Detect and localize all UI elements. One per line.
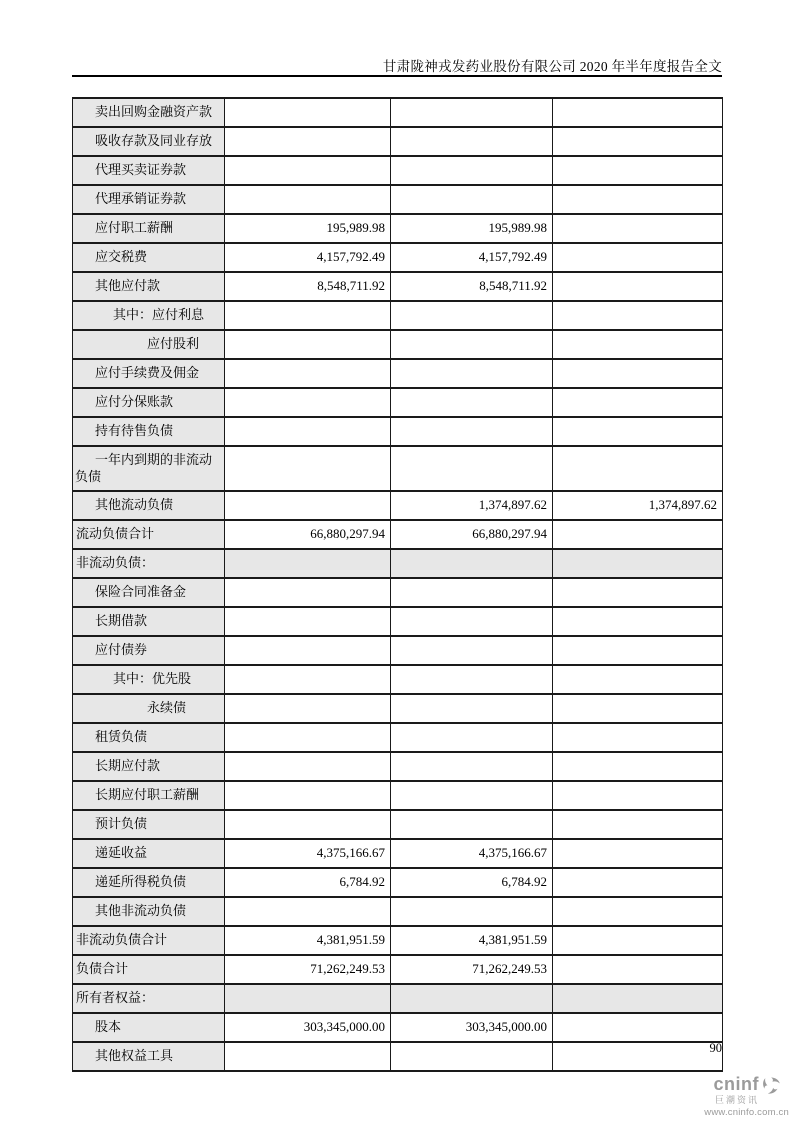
row-value-cell: [553, 781, 723, 810]
row-value-cell: [553, 723, 723, 752]
row-value-cell: 6,784.92: [391, 868, 553, 897]
row-value-cell: [225, 723, 391, 752]
row-value-cell: [391, 781, 553, 810]
row-value-cell: [391, 810, 553, 839]
row-label-cell: 其中：应付利息: [73, 301, 225, 330]
row-value-cell: [391, 417, 553, 446]
row-value-cell: [391, 549, 553, 578]
row-value-cell: [225, 330, 391, 359]
row-value-cell: 4,381,951.59: [225, 926, 391, 955]
table-row: 长期借款: [73, 607, 723, 636]
page-number: 90: [72, 1041, 722, 1056]
cninfo-logo: cninf 巨潮资讯 www.cninfo.com.cn: [681, 1074, 791, 1118]
report-header-title: 甘肃陇神戎发药业股份有限公司 2020 年半年度报告全文: [72, 55, 722, 75]
row-label-cell: 持有待售负债: [73, 417, 225, 446]
row-value-cell: [553, 330, 723, 359]
row-value-cell: [391, 984, 553, 1013]
row-label-cell: 长期借款: [73, 607, 225, 636]
row-label-cell: 长期应付款: [73, 752, 225, 781]
table-row: 非流动负债合计4,381,951.594,381,951.59: [73, 926, 723, 955]
row-value-cell: [391, 156, 553, 185]
row-label-cell: 应付分保账款: [73, 388, 225, 417]
row-value-cell: [225, 636, 391, 665]
row-value-cell: [225, 607, 391, 636]
row-value-cell: [225, 694, 391, 723]
row-value-cell: 71,262,249.53: [391, 955, 553, 984]
row-value-cell: [553, 243, 723, 272]
row-value-cell: [391, 752, 553, 781]
row-label-cell: 应付债券: [73, 636, 225, 665]
row-label-cell: 卖出回购金融资产款: [73, 98, 225, 127]
row-value-cell: [225, 781, 391, 810]
row-value-cell: [391, 665, 553, 694]
table-row: 持有待售负债: [73, 417, 723, 446]
table-row: 代理买卖证券款: [73, 156, 723, 185]
table-row: 其他非流动负债: [73, 897, 723, 926]
row-value-cell: [391, 636, 553, 665]
table-row: 应付债券: [73, 636, 723, 665]
row-value-cell: [553, 1013, 723, 1042]
row-value-cell: [553, 694, 723, 723]
row-value-cell: 195,989.98: [391, 214, 553, 243]
row-label-cell: 预计负债: [73, 810, 225, 839]
row-value-cell: [553, 127, 723, 156]
table-row: 一年内到期的非流动负债: [73, 446, 723, 491]
table-row: 应付分保账款: [73, 388, 723, 417]
row-value-cell: [553, 388, 723, 417]
row-value-cell: [225, 984, 391, 1013]
row-value-cell: [391, 694, 553, 723]
table-row: 应付职工薪酬195,989.98195,989.98: [73, 214, 723, 243]
row-value-cell: [553, 839, 723, 868]
cninfo-swirl-icon: [761, 1075, 781, 1095]
row-value-cell: [391, 446, 553, 491]
row-value-cell: [553, 984, 723, 1013]
row-value-cell: [553, 98, 723, 127]
row-value-cell: [553, 272, 723, 301]
row-value-cell: [225, 665, 391, 694]
row-value-cell: [391, 185, 553, 214]
row-value-cell: [553, 810, 723, 839]
cninfo-cn-name: 巨潮资讯: [715, 1093, 759, 1106]
row-value-cell: [553, 214, 723, 243]
row-value-cell: [391, 98, 553, 127]
row-value-cell: [553, 636, 723, 665]
table-row: 预计负债: [73, 810, 723, 839]
table-row: 应交税费4,157,792.494,157,792.49: [73, 243, 723, 272]
row-label-cell: 一年内到期的非流动负债: [73, 446, 225, 491]
row-label-cell: 股本: [73, 1013, 225, 1042]
row-value-cell: [553, 607, 723, 636]
header-divider: [72, 75, 722, 77]
balance-sheet-body: 卖出回购金融资产款吸收存款及同业存放代理买卖证券款代理承销证券款应付职工薪酬19…: [73, 98, 723, 1071]
table-row: 流动负债合计66,880,297.9466,880,297.94: [73, 520, 723, 549]
row-value-cell: [225, 491, 391, 520]
row-label-cell: 流动负债合计: [73, 520, 225, 549]
row-value-cell: [553, 752, 723, 781]
row-value-cell: [391, 301, 553, 330]
row-value-cell: 1,374,897.62: [391, 491, 553, 520]
logo-row: cninf: [714, 1074, 782, 1095]
row-value-cell: 303,345,000.00: [391, 1013, 553, 1042]
table-row: 租赁负债: [73, 723, 723, 752]
table-row: 非流动负债：: [73, 549, 723, 578]
row-value-cell: [391, 330, 553, 359]
row-label-cell: 代理承销证券款: [73, 185, 225, 214]
row-value-cell: 8,548,711.92: [225, 272, 391, 301]
row-value-cell: [553, 359, 723, 388]
row-label-cell: 非流动负债合计: [73, 926, 225, 955]
row-value-cell: [391, 723, 553, 752]
row-value-cell: [553, 301, 723, 330]
row-value-cell: [225, 156, 391, 185]
row-label-cell: 长期应付职工薪酬: [73, 781, 225, 810]
row-value-cell: [391, 607, 553, 636]
table-row: 负债合计71,262,249.5371,262,249.53: [73, 955, 723, 984]
row-value-cell: [225, 752, 391, 781]
table-row: 递延所得税负债6,784.926,784.92: [73, 868, 723, 897]
row-label-cell: 应付手续费及佣金: [73, 359, 225, 388]
row-value-cell: [391, 388, 553, 417]
row-value-cell: [225, 98, 391, 127]
row-label-cell: 所有者权益：: [73, 984, 225, 1013]
table-row: 其中：应付利息: [73, 301, 723, 330]
row-label-cell: 应付股利: [73, 330, 225, 359]
row-value-cell: 71,262,249.53: [225, 955, 391, 984]
row-value-cell: [225, 185, 391, 214]
row-value-cell: [553, 417, 723, 446]
row-value-cell: [225, 417, 391, 446]
row-value-cell: [391, 359, 553, 388]
row-value-cell: [225, 359, 391, 388]
row-value-cell: [553, 926, 723, 955]
row-value-cell: [225, 549, 391, 578]
table-row: 保险合同准备金: [73, 578, 723, 607]
table-row: 应付手续费及佣金: [73, 359, 723, 388]
cninfo-url: www.cninfo.com.cn: [704, 1107, 789, 1118]
row-value-cell: 1,374,897.62: [553, 491, 723, 520]
report-page: { "header": { "title": "甘肃陇神戎发药业股份有限公司 2…: [0, 0, 793, 1122]
row-value-cell: 4,375,166.67: [391, 839, 553, 868]
table-row: 长期应付职工薪酬: [73, 781, 723, 810]
table-row: 卖出回购金融资产款: [73, 98, 723, 127]
table-row: 其中：优先股: [73, 665, 723, 694]
row-label-cell: 递延所得税负债: [73, 868, 225, 897]
row-value-cell: 303,345,000.00: [225, 1013, 391, 1042]
row-value-cell: [225, 810, 391, 839]
row-value-cell: [225, 301, 391, 330]
table-row: 股本303,345,000.00303,345,000.00: [73, 1013, 723, 1042]
row-value-cell: 4,381,951.59: [391, 926, 553, 955]
row-value-cell: [553, 578, 723, 607]
row-value-cell: [225, 446, 391, 491]
row-value-cell: [553, 955, 723, 984]
row-value-cell: 195,989.98: [225, 214, 391, 243]
row-value-cell: [225, 388, 391, 417]
table-row: 其他流动负债1,374,897.621,374,897.62: [73, 491, 723, 520]
balance-sheet-table: 卖出回购金融资产款吸收存款及同业存放代理买卖证券款代理承销证券款应付职工薪酬19…: [72, 97, 723, 1072]
table-row: 应付股利: [73, 330, 723, 359]
table-row: 长期应付款: [73, 752, 723, 781]
row-value-cell: 4,375,166.67: [225, 839, 391, 868]
row-value-cell: [553, 185, 723, 214]
cninfo-brand-text: cninf: [714, 1074, 760, 1095]
row-label-cell: 其他流动负债: [73, 491, 225, 520]
row-value-cell: 66,880,297.94: [391, 520, 553, 549]
row-label-cell: 应交税费: [73, 243, 225, 272]
row-value-cell: [391, 127, 553, 156]
row-label-cell: 其他非流动负债: [73, 897, 225, 926]
row-label-cell: 吸收存款及同业存放: [73, 127, 225, 156]
row-value-cell: 8,548,711.92: [391, 272, 553, 301]
row-value-cell: 6,784.92: [225, 868, 391, 897]
row-label-cell: 其他应付款: [73, 272, 225, 301]
row-label-cell: 递延收益: [73, 839, 225, 868]
table-row: 其他应付款8,548,711.928,548,711.92: [73, 272, 723, 301]
row-value-cell: [553, 868, 723, 897]
row-label-cell: 租赁负债: [73, 723, 225, 752]
row-label-cell: 应付职工薪酬: [73, 214, 225, 243]
row-value-cell: [553, 446, 723, 491]
row-label-cell: 保险合同准备金: [73, 578, 225, 607]
row-value-cell: [553, 897, 723, 926]
row-value-cell: [553, 665, 723, 694]
row-value-cell: 66,880,297.94: [225, 520, 391, 549]
row-value-cell: [553, 549, 723, 578]
row-label-cell: 代理买卖证券款: [73, 156, 225, 185]
row-value-cell: [225, 127, 391, 156]
row-value-cell: [391, 897, 553, 926]
row-value-cell: [225, 897, 391, 926]
row-value-cell: [553, 520, 723, 549]
table-row: 递延收益4,375,166.674,375,166.67: [73, 839, 723, 868]
row-label-cell: 非流动负债：: [73, 549, 225, 578]
row-value-cell: [553, 156, 723, 185]
table-row: 所有者权益：: [73, 984, 723, 1013]
row-value-cell: [225, 578, 391, 607]
row-label-cell: 永续债: [73, 694, 225, 723]
row-value-cell: 4,157,792.49: [225, 243, 391, 272]
row-value-cell: 4,157,792.49: [391, 243, 553, 272]
table-row: 代理承销证券款: [73, 185, 723, 214]
row-label-cell: 其中：优先股: [73, 665, 225, 694]
table-row: 吸收存款及同业存放: [73, 127, 723, 156]
row-value-cell: [391, 578, 553, 607]
row-label-cell: 负债合计: [73, 955, 225, 984]
table-row: 永续债: [73, 694, 723, 723]
